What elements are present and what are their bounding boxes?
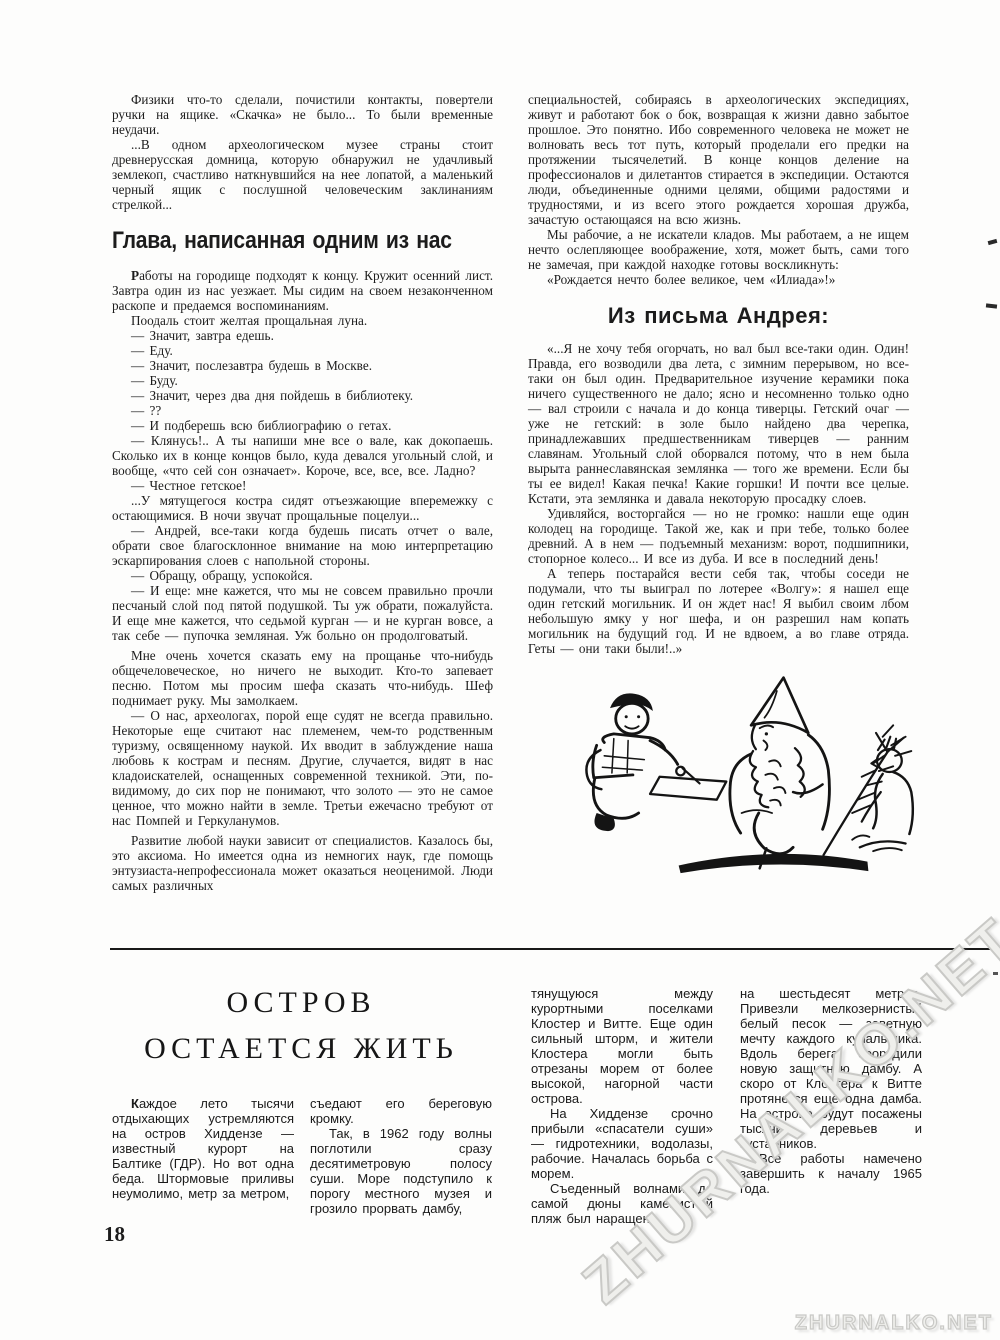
paragraph: — Буду. bbox=[112, 373, 493, 388]
paragraph: А теперь постарайся вести себя так, чтоб… bbox=[528, 566, 909, 656]
paragraph: ...В одном археологическом музее страны … bbox=[112, 137, 493, 212]
island-column-2: съедают его береговую кромку.Так, в 1962… bbox=[310, 1096, 492, 1216]
corner-watermark: ZHURNALKO.NET bbox=[795, 1312, 993, 1335]
paragraph: тянущуюся между курортными поселками Кло… bbox=[531, 986, 713, 1106]
paragraph: Каждое лето тысячи отдыхающих устремляют… bbox=[112, 1096, 294, 1201]
paragraph: — Клянусь!.. А ты напиши мне все о вале,… bbox=[112, 433, 493, 478]
paragraph: — И еще: мне кажется, что мы не совсем п… bbox=[112, 583, 493, 643]
paragraph: «...Я не хочу тебя огорчать, но вал был … bbox=[528, 341, 909, 506]
right-paragraphs: специальностей, собираясь в археологичес… bbox=[528, 92, 909, 287]
paragraph: — ?? bbox=[112, 403, 493, 418]
chapter-paragraphs: Работы на городище подходят к концу. Кру… bbox=[112, 268, 493, 893]
island-title-line1: ОСТРОВ bbox=[110, 980, 492, 1026]
paragraph: — Значит, послезавтра будешь в Москве. bbox=[112, 358, 493, 373]
magazine-page: Физики что-то сделали, почистили контакт… bbox=[0, 0, 1000, 1340]
section-divider-rule bbox=[110, 948, 996, 950]
paragraph: съедают его береговую кромку. bbox=[310, 1096, 492, 1126]
paragraph: Мне очень хочется сказать ему на прощань… bbox=[112, 648, 493, 708]
bold-initial: К bbox=[131, 1096, 139, 1111]
island-column-1: Каждое лето тысячи отдыхающих устремляют… bbox=[112, 1096, 294, 1201]
paragraph: Удивляйся, восторгайся — но не громко: н… bbox=[528, 506, 909, 566]
article-left-column: Физики что-то сделали, почистили контакт… bbox=[112, 92, 493, 893]
island-article-title: ОСТРОВ ОСТАЕТСЯ ЖИТЬ bbox=[110, 980, 492, 1072]
page-number: 18 bbox=[104, 1222, 125, 1247]
paragraph: — О нас, археологах, порой еще судят не … bbox=[112, 708, 493, 828]
three-archaeologists-sketch-illustration bbox=[528, 670, 938, 875]
letter-heading: Из письма Андрея: bbox=[528, 303, 909, 329]
paragraph: Поодаль стоит желтая прощальная луна. bbox=[112, 313, 493, 328]
paragraph: Так, в 1962 году волны поглотили сразу д… bbox=[310, 1126, 492, 1216]
intro-paragraphs: Физики что-то сделали, почистили контакт… bbox=[112, 92, 493, 212]
paragraph: — Честное гетское! bbox=[112, 478, 493, 493]
paragraph: Развитие любой науки зависит от специали… bbox=[112, 833, 493, 893]
scan-speck bbox=[988, 239, 998, 245]
paragraph: Физики что-то сделали, почистили контакт… bbox=[112, 92, 493, 137]
paragraph: — Значит, завтра едешь. bbox=[112, 328, 493, 343]
paragraph: Мы рабочие, а не искатели кладов. Мы раб… bbox=[528, 227, 909, 272]
paragraph: «Рождается нечто более великое, чем «Или… bbox=[528, 272, 909, 287]
paragraph: — Еду. bbox=[112, 343, 493, 358]
island-title-line2: ОСТАЕТСЯ ЖИТЬ bbox=[110, 1026, 492, 1072]
paragraph: специальностей, собираясь в археологичес… bbox=[528, 92, 909, 227]
paragraph: — И подберешь всю библиографию о гетах. bbox=[112, 418, 493, 433]
paragraph: ...У мятущегося костра сидят отъезжающие… bbox=[112, 493, 493, 523]
letter-paragraphs: «...Я не хочу тебя огорчать, но вал был … bbox=[528, 341, 909, 656]
bold-initial: Р bbox=[131, 268, 139, 283]
paragraph: — Обращу, обращу, успокойся. bbox=[112, 568, 493, 583]
scan-speck bbox=[986, 303, 997, 308]
paragraph: — Значит, через два дня пойдешь в библио… bbox=[112, 388, 493, 403]
article-right-column: специальностей, собираясь в археологичес… bbox=[528, 92, 909, 875]
paragraph: Работы на городище подходят к концу. Кру… bbox=[112, 268, 493, 313]
chapter-heading: Глава, написанная одним из нас bbox=[112, 227, 447, 255]
paragraph: — Андрей, все-таки когда будешь писать о… bbox=[112, 523, 493, 568]
